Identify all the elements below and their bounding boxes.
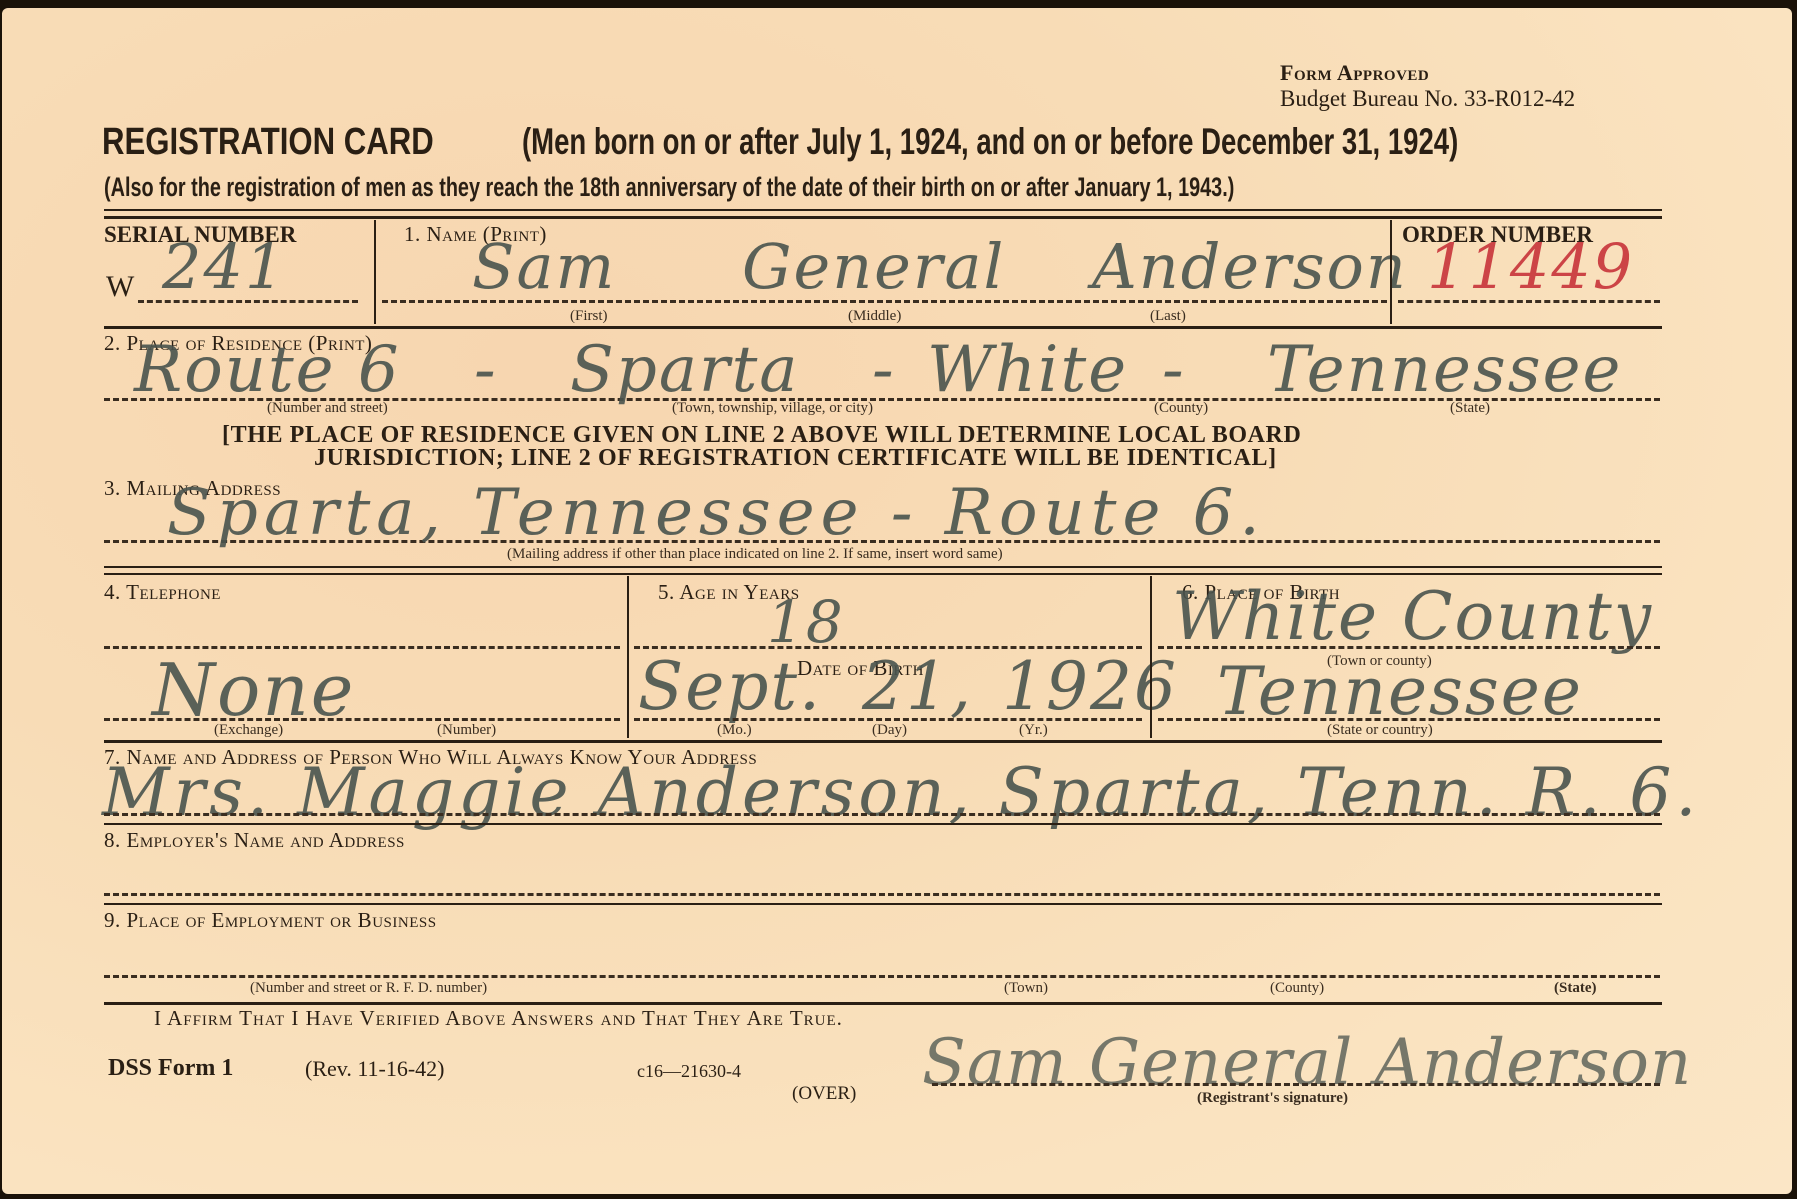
caption-last: (Last)	[1150, 308, 1186, 325]
residence-sep-1: -	[474, 333, 498, 407]
signature-caption: (Registrant's signature)	[1197, 1090, 1348, 1107]
telephone-value[interactable]: None	[152, 648, 355, 732]
caption-number: (Number)	[437, 722, 496, 739]
name-last[interactable]: Anderson	[1092, 230, 1408, 303]
name-middle[interactable]: General	[742, 230, 1005, 303]
form-name: DSS Form 1	[108, 1055, 233, 1082]
residence-county[interactable]: White	[927, 333, 1128, 407]
form-title: REGISTRATION CARD	[102, 121, 434, 164]
caption-yr: (Yr.)	[1019, 722, 1048, 739]
row9-rule	[104, 1002, 1662, 1005]
row1-rule	[104, 326, 1662, 329]
registrant-signature[interactable]: Sam General Anderson	[922, 1026, 1692, 1100]
caption-town: (Town, township, village, or city)	[672, 400, 873, 417]
caption-mo: (Mo.)	[717, 722, 752, 739]
caption-middle: (Middle)	[848, 308, 901, 325]
mailing-value[interactable]: Sparta, Tennessee - Route 6.	[167, 476, 1266, 550]
eligibility-text: (Men born on or after July 1, 1924, and …	[522, 121, 1458, 163]
caption-county: (County)	[1154, 400, 1208, 417]
caption-day: (Day)	[872, 722, 907, 739]
serial-divider	[374, 220, 376, 324]
row7-rule	[104, 823, 1662, 825]
residence-notice-line-2: JURISDICTION; LINE 2 OF REGISTRATION CER…	[314, 445, 1277, 472]
caption-employment-state: (State)	[1554, 980, 1596, 997]
residence-street[interactable]: Route 6	[134, 333, 401, 407]
contact-line	[104, 813, 1660, 816]
order-divider	[1390, 220, 1392, 324]
caption-street: (Number and street)	[267, 400, 388, 417]
dob-month[interactable]: Sept.	[638, 648, 822, 725]
header-rule-2	[104, 216, 1662, 219]
form-subtitle: (Also for the registration of men as the…	[104, 172, 1234, 203]
signature-line	[932, 1083, 1660, 1086]
contact-value[interactable]: Mrs. Maggie Anderson, Sparta, Tenn. R. 6…	[102, 754, 1700, 831]
serial-prefix: W	[106, 270, 134, 304]
caption-employment-town: (Town)	[1004, 980, 1048, 997]
dob-line	[634, 718, 1142, 721]
birthplace-line-1	[1158, 646, 1660, 649]
employer-line	[104, 893, 1660, 896]
name-first[interactable]: Sam	[472, 230, 616, 303]
mailing-caption: (Mailing address if other than place ind…	[507, 546, 1003, 563]
form-approved: Form Approved	[1280, 60, 1429, 86]
employer-label: 8. Employer's Name and Address	[104, 828, 405, 853]
affirmation-text: I Affirm That I Have Verified Above Answ…	[154, 1006, 843, 1031]
registration-card: Form Approved Budget Bureau No. 33-R012-…	[2, 8, 1792, 1194]
caption-first: (First)	[570, 308, 608, 325]
residence-state[interactable]: Tennessee	[1267, 333, 1622, 407]
birthplace-line-2	[1158, 718, 1660, 721]
row3-rule	[104, 566, 1662, 568]
caption-state: (State)	[1450, 400, 1490, 417]
over-indicator: (OVER)	[792, 1083, 856, 1105]
row3-rule-2	[104, 573, 1662, 575]
telephone-label: 4. Telephone	[104, 580, 221, 605]
residence-town[interactable]: Sparta	[570, 333, 799, 407]
row8-rule	[104, 903, 1662, 905]
form-revision: (Rev. 11-16-42)	[305, 1056, 445, 1082]
caption-rfd: (Number and street or R. F. D. number)	[250, 980, 487, 997]
caption-state-or-country: (State or country)	[1327, 722, 1433, 739]
telephone-age-divider	[627, 576, 629, 738]
age-birthplace-divider	[1150, 576, 1152, 738]
birthplace-town[interactable]: White County	[1172, 578, 1653, 655]
print-code: c16—21630-4	[637, 1061, 741, 1082]
residence-sep-3: -	[1162, 333, 1186, 407]
dob-day[interactable]: 21,	[862, 648, 973, 725]
residence-sep-2: -	[872, 333, 896, 407]
caption-employment-county: (County)	[1270, 980, 1324, 997]
order-number-value[interactable]: 11449	[1427, 230, 1634, 303]
employment-line	[104, 975, 1660, 978]
caption-exchange: (Exchange)	[214, 722, 283, 739]
header-rule	[104, 209, 1662, 211]
serial-number-value[interactable]: 241	[162, 230, 286, 303]
budget-bureau-number: Budget Bureau No. 33-R012-42	[1280, 86, 1575, 112]
employment-label: 9. Place of Employment or Business	[104, 908, 437, 933]
row4-rule	[104, 740, 1662, 743]
